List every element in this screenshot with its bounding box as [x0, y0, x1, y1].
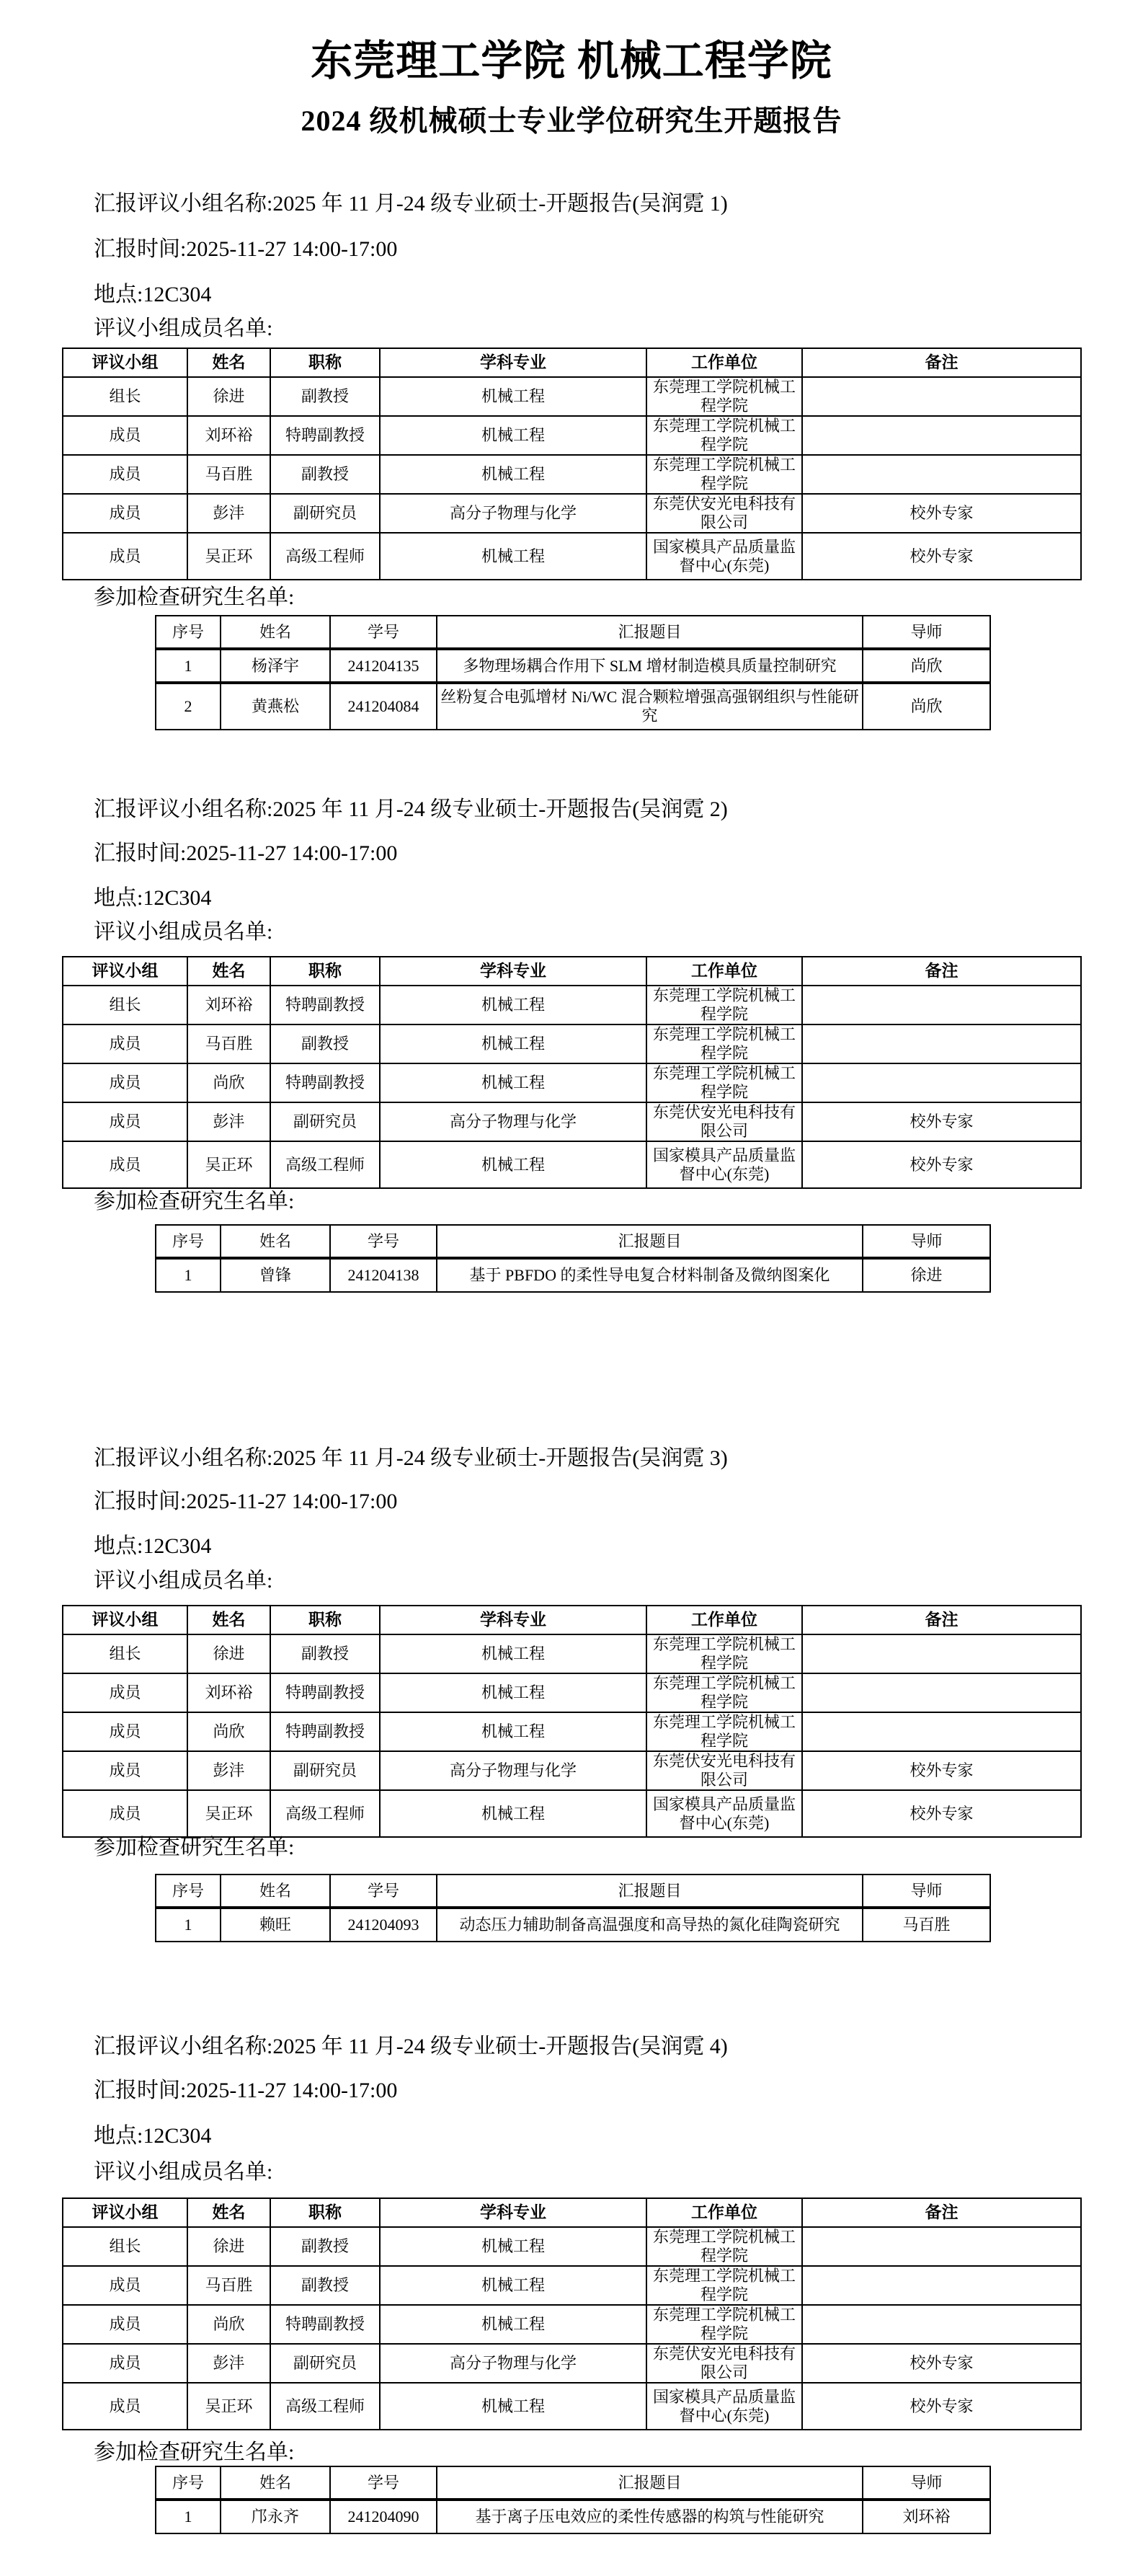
- student-no: 1: [156, 1258, 221, 1292]
- column-header: 姓名: [221, 616, 330, 649]
- member-major: 机械工程: [380, 416, 646, 455]
- column-header: 工作单位: [646, 348, 802, 377]
- member-name: 彭沣: [187, 494, 270, 533]
- member-name: 彭沣: [187, 1751, 270, 1790]
- member-row: 组长徐进副教授机械工程东莞理工学院机械工程学院: [63, 1634, 1081, 1673]
- member-note: 校外专家: [802, 1751, 1081, 1790]
- member-role: 成员: [63, 1712, 187, 1751]
- students-header-row: 序号姓名学号汇报题目导师: [156, 616, 990, 649]
- member-row: 成员尚欣特聘副教授机械工程东莞理工学院机械工程学院: [63, 1712, 1081, 1751]
- member-unit: 东莞理工学院机械工程学院: [646, 416, 802, 455]
- members-table: 评议小组姓名职称学科专业工作单位备注组长徐进副教授机械工程东莞理工学院机械工程学…: [62, 1605, 1082, 1838]
- member-note: [802, 2305, 1081, 2344]
- member-note: 校外专家: [802, 1790, 1081, 1837]
- member-name: 吴正环: [187, 1141, 270, 1188]
- student-row: 1曾锋241204138基于 PBFDO 的柔性导电复合材料制备及微纳图案化徐进: [156, 1258, 990, 1292]
- member-role: 成员: [63, 1751, 187, 1790]
- member-major: 机械工程: [380, 1712, 646, 1751]
- member-note: [802, 1063, 1081, 1102]
- member-major: 机械工程: [380, 2383, 646, 2430]
- member-note: [802, 1024, 1081, 1063]
- student-id: 241204138: [330, 1258, 437, 1292]
- students-header-row: 序号姓名学号汇报题目导师: [156, 1225, 990, 1258]
- student-no: 1: [156, 2500, 221, 2533]
- student-name: 赖旺: [221, 1908, 330, 1942]
- member-role: 成员: [63, 533, 187, 580]
- member-note: 校外专家: [802, 2383, 1081, 2430]
- student-id: 241204093: [330, 1908, 437, 1942]
- member-title: 副研究员: [270, 2344, 380, 2383]
- column-header: 学科专业: [380, 957, 646, 986]
- member-major: 机械工程: [380, 1024, 646, 1063]
- report-location: 地点:12C304: [94, 2123, 211, 2150]
- member-major: 机械工程: [380, 2305, 646, 2344]
- column-header: 序号: [156, 616, 221, 649]
- member-row: 成员吴正环高级工程师机械工程国家模具产品质量监督中心(东莞)校外专家: [63, 1790, 1081, 1837]
- member-note: 校外专家: [802, 1141, 1081, 1188]
- student-no: 2: [156, 683, 221, 730]
- student-row: 1杨泽宇241204135多物理场耦合作用下 SLM 增材制造模具质量控制研究尚…: [156, 649, 990, 683]
- students-list-label: 参加检查研究生名单:: [94, 584, 294, 611]
- column-header: 姓名: [187, 957, 270, 986]
- member-major: 机械工程: [380, 986, 646, 1024]
- member-note: [802, 377, 1081, 416]
- member-title: 副教授: [270, 1634, 380, 1673]
- members-header-row: 评议小组姓名职称学科专业工作单位备注: [63, 348, 1081, 377]
- member-title: 高级工程师: [270, 2383, 380, 2430]
- member-title: 特聘副教授: [270, 1063, 380, 1102]
- member-unit: 东莞理工学院机械工程学院: [646, 1673, 802, 1712]
- member-note: [802, 1634, 1081, 1673]
- column-header: 备注: [802, 2198, 1081, 2227]
- column-header: 导师: [863, 1225, 990, 1258]
- member-note: [802, 2227, 1081, 2266]
- column-header: 姓名: [221, 1875, 330, 1908]
- column-header: 职称: [270, 348, 380, 377]
- members-list-label: 评议小组成员名单:: [94, 2159, 272, 2186]
- column-header: 工作单位: [646, 1606, 802, 1634]
- column-header: 汇报题目: [437, 616, 863, 649]
- member-title: 高级工程师: [270, 1141, 380, 1188]
- member-row: 成员吴正环高级工程师机械工程国家模具产品质量监督中心(东莞)校外专家: [63, 2383, 1081, 2430]
- member-title: 副教授: [270, 1024, 380, 1063]
- member-title: 高级工程师: [270, 1790, 380, 1837]
- member-row: 成员马百胜副教授机械工程东莞理工学院机械工程学院: [63, 455, 1081, 494]
- member-row: 成员马百胜副教授机械工程东莞理工学院机械工程学院: [63, 1024, 1081, 1063]
- student-advisor: 徐进: [863, 1258, 990, 1292]
- member-row: 成员刘环裕特聘副教授机械工程东莞理工学院机械工程学院: [63, 1673, 1081, 1712]
- member-name: 刘环裕: [187, 416, 270, 455]
- student-row: 1赖旺241204093动态压力辅助制备高温强度和高导热的氮化硅陶瓷研究马百胜: [156, 1908, 990, 1942]
- member-major: 机械工程: [380, 1141, 646, 1188]
- member-row: 成员彭沣副研究员高分子物理与化学东莞伏安光电科技有限公司校外专家: [63, 2344, 1081, 2383]
- member-major: 机械工程: [380, 377, 646, 416]
- member-note: [802, 2266, 1081, 2305]
- member-row: 成员吴正环高级工程师机械工程国家模具产品质量监督中心(东莞)校外专家: [63, 533, 1081, 580]
- member-title: 副教授: [270, 2266, 380, 2305]
- members-table: 评议小组姓名职称学科专业工作单位备注组长徐进副教授机械工程东莞理工学院机械工程学…: [62, 348, 1082, 580]
- member-name: 马百胜: [187, 2266, 270, 2305]
- column-header: 评议小组: [63, 2198, 187, 2227]
- member-role: 成员: [63, 416, 187, 455]
- members-header-row: 评议小组姓名职称学科专业工作单位备注: [63, 1606, 1081, 1634]
- member-note: 校外专家: [802, 2344, 1081, 2383]
- students-table: 序号姓名学号汇报题目导师1邝永齐241204090基于离子压电效应的柔性传感器的…: [155, 2466, 991, 2534]
- member-row: 组长徐进副教授机械工程东莞理工学院机械工程学院: [63, 377, 1081, 416]
- member-role: 组长: [63, 2227, 187, 2266]
- member-title: 特聘副教授: [270, 416, 380, 455]
- member-role: 组长: [63, 1634, 187, 1673]
- report-time: 汇报时间:2025-11-27 14:00-17:00: [94, 840, 397, 867]
- member-title: 特聘副教授: [270, 1712, 380, 1751]
- member-major: 高分子物理与化学: [380, 2344, 646, 2383]
- member-unit: 东莞伏安光电科技有限公司: [646, 494, 802, 533]
- members-table: 评议小组姓名职称学科专业工作单位备注组长徐进副教授机械工程东莞理工学院机械工程学…: [62, 2197, 1082, 2430]
- member-role: 成员: [63, 1673, 187, 1712]
- column-header: 评议小组: [63, 957, 187, 986]
- column-header: 姓名: [221, 1225, 330, 1258]
- member-major: 高分子物理与化学: [380, 1102, 646, 1141]
- report-time: 汇报时间:2025-11-27 14:00-17:00: [94, 1488, 397, 1515]
- student-topic: 丝粉复合电弧增材 Ni/WC 混合颗粒增强高强钢组织与性能研究: [437, 683, 863, 730]
- member-name: 徐进: [187, 1634, 270, 1673]
- student-topic: 多物理场耦合作用下 SLM 增材制造模具质量控制研究: [437, 649, 863, 683]
- column-header: 导师: [863, 616, 990, 649]
- column-header: 学科专业: [380, 1606, 646, 1634]
- students-list-label: 参加检查研究生名单:: [94, 2439, 294, 2466]
- member-major: 机械工程: [380, 2266, 646, 2305]
- members-list-label: 评议小组成员名单:: [94, 919, 272, 946]
- member-note: 校外专家: [802, 533, 1081, 580]
- member-name: 马百胜: [187, 1024, 270, 1063]
- document-subtitle: 2024 级机械硕士专业学位研究生开题报告: [0, 102, 1143, 140]
- member-row: 成员彭沣副研究员高分子物理与化学东莞伏安光电科技有限公司校外专家: [63, 1751, 1081, 1790]
- member-note: 校外专家: [802, 494, 1081, 533]
- member-note: [802, 416, 1081, 455]
- member-title: 副研究员: [270, 1102, 380, 1141]
- student-advisor: 刘环裕: [863, 2500, 990, 2533]
- member-unit: 东莞理工学院机械工程学院: [646, 2305, 802, 2344]
- student-name: 黄燕松: [221, 683, 330, 730]
- report-time: 汇报时间:2025-11-27 14:00-17:00: [94, 236, 397, 263]
- member-row: 组长刘环裕特聘副教授机械工程东莞理工学院机械工程学院: [63, 986, 1081, 1024]
- member-row: 成员彭沣副研究员高分子物理与化学东莞伏安光电科技有限公司校外专家: [63, 1102, 1081, 1141]
- member-major: 机械工程: [380, 455, 646, 494]
- student-topic: 基于 PBFDO 的柔性导电复合材料制备及微纳图案化: [437, 1258, 863, 1292]
- member-unit: 国家模具产品质量监督中心(东莞): [646, 533, 802, 580]
- students-table: 序号姓名学号汇报题目导师1赖旺241204093动态压力辅助制备高温强度和高导热…: [155, 1874, 991, 1942]
- member-title: 副教授: [270, 455, 380, 494]
- member-unit: 东莞理工学院机械工程学院: [646, 1063, 802, 1102]
- member-unit: 国家模具产品质量监督中心(东莞): [646, 2383, 802, 2430]
- member-unit: 东莞理工学院机械工程学院: [646, 1634, 802, 1673]
- column-header: 学科专业: [380, 348, 646, 377]
- member-name: 刘环裕: [187, 1673, 270, 1712]
- member-title: 特聘副教授: [270, 2305, 380, 2344]
- students-header-row: 序号姓名学号汇报题目导师: [156, 1875, 990, 1908]
- column-header: 备注: [802, 1606, 1081, 1634]
- student-row: 2黄燕松241204084丝粉复合电弧增材 Ni/WC 混合颗粒增强高强钢组织与…: [156, 683, 990, 730]
- student-no: 1: [156, 649, 221, 683]
- member-unit: 东莞理工学院机械工程学院: [646, 455, 802, 494]
- member-role: 成员: [63, 1024, 187, 1063]
- member-note: [802, 455, 1081, 494]
- member-name: 尚欣: [187, 1063, 270, 1102]
- group-name: 汇报评议小组名称:2025 年 11 月-24 级专业硕士-开题报告(吴润霓 1…: [94, 190, 728, 218]
- member-title: 副研究员: [270, 1751, 380, 1790]
- member-row: 成员马百胜副教授机械工程东莞理工学院机械工程学院: [63, 2266, 1081, 2305]
- member-unit: 东莞伏安光电科技有限公司: [646, 2344, 802, 2383]
- members-table: 评议小组姓名职称学科专业工作单位备注组长刘环裕特聘副教授机械工程东莞理工学院机械…: [62, 956, 1082, 1189]
- students-list-label: 参加检查研究生名单:: [94, 1188, 294, 1216]
- member-name: 吴正环: [187, 2383, 270, 2430]
- members-header-row: 评议小组姓名职称学科专业工作单位备注: [63, 957, 1081, 986]
- member-unit: 东莞理工学院机械工程学院: [646, 1024, 802, 1063]
- students-list-label: 参加检查研究生名单:: [94, 1834, 294, 1862]
- member-major: 机械工程: [380, 1790, 646, 1837]
- member-title: 特聘副教授: [270, 1673, 380, 1712]
- member-unit: 东莞理工学院机械工程学院: [646, 377, 802, 416]
- member-note: [802, 1673, 1081, 1712]
- column-header: 姓名: [187, 1606, 270, 1634]
- member-title: 特聘副教授: [270, 986, 380, 1024]
- column-header: 学号: [330, 1875, 437, 1908]
- column-header: 导师: [863, 1875, 990, 1908]
- member-title: 高级工程师: [270, 533, 380, 580]
- student-name: 邝永齐: [221, 2500, 330, 2533]
- member-role: 组长: [63, 377, 187, 416]
- member-role: 成员: [63, 494, 187, 533]
- report-location: 地点:12C304: [94, 1533, 211, 1560]
- member-role: 成员: [63, 1063, 187, 1102]
- member-major: 机械工程: [380, 1063, 646, 1102]
- student-id: 241204090: [330, 2500, 437, 2533]
- member-row: 成员刘环裕特聘副教授机械工程东莞理工学院机械工程学院: [63, 416, 1081, 455]
- member-unit: 东莞理工学院机械工程学院: [646, 2266, 802, 2305]
- student-topic: 基于离子压电效应的柔性传感器的构筑与性能研究: [437, 2500, 863, 2533]
- member-major: 机械工程: [380, 533, 646, 580]
- member-role: 成员: [63, 1141, 187, 1188]
- member-row: 成员尚欣特聘副教授机械工程东莞理工学院机械工程学院: [63, 2305, 1081, 2344]
- members-list-label: 评议小组成员名单:: [94, 315, 272, 342]
- member-name: 吴正环: [187, 1790, 270, 1837]
- member-row: 成员吴正环高级工程师机械工程国家模具产品质量监督中心(东莞)校外专家: [63, 1141, 1081, 1188]
- member-major: 高分子物理与化学: [380, 494, 646, 533]
- member-major: 机械工程: [380, 1673, 646, 1712]
- member-role: 成员: [63, 2305, 187, 2344]
- member-unit: 国家模具产品质量监督中心(东莞): [646, 1790, 802, 1837]
- student-name: 杨泽宇: [221, 649, 330, 683]
- members-header-row: 评议小组姓名职称学科专业工作单位备注: [63, 2198, 1081, 2227]
- member-title: 副研究员: [270, 494, 380, 533]
- member-name: 徐进: [187, 377, 270, 416]
- column-header: 工作单位: [646, 2198, 802, 2227]
- column-header: 职称: [270, 957, 380, 986]
- member-role: 成员: [63, 2266, 187, 2305]
- member-note: [802, 986, 1081, 1024]
- report-location: 地点:12C304: [94, 885, 211, 912]
- member-name: 彭沣: [187, 1102, 270, 1141]
- student-advisor: 马百胜: [863, 1908, 990, 1942]
- column-header: 姓名: [187, 348, 270, 377]
- student-row: 1邝永齐241204090基于离子压电效应的柔性传感器的构筑与性能研究刘环裕: [156, 2500, 990, 2533]
- member-unit: 东莞伏安光电科技有限公司: [646, 1102, 802, 1141]
- member-row: 成员彭沣副研究员高分子物理与化学东莞伏安光电科技有限公司校外专家: [63, 494, 1081, 533]
- member-unit: 东莞理工学院机械工程学院: [646, 986, 802, 1024]
- column-header: 学号: [330, 1225, 437, 1258]
- member-role: 成员: [63, 2383, 187, 2430]
- column-header: 汇报题目: [437, 1225, 863, 1258]
- group-name: 汇报评议小组名称:2025 年 11 月-24 级专业硕士-开题报告(吴润霓 4…: [94, 2033, 728, 2061]
- member-role: 成员: [63, 1790, 187, 1837]
- member-role: 成员: [63, 1102, 187, 1141]
- member-name: 徐进: [187, 2227, 270, 2266]
- member-note: 校外专家: [802, 1102, 1081, 1141]
- member-role: 成员: [63, 455, 187, 494]
- member-unit: 东莞理工学院机械工程学院: [646, 1712, 802, 1751]
- member-name: 马百胜: [187, 455, 270, 494]
- students-header-row: 序号姓名学号汇报题目导师: [156, 2466, 990, 2500]
- student-advisor: 尚欣: [863, 649, 990, 683]
- member-major: 机械工程: [380, 2227, 646, 2266]
- column-header: 导师: [863, 2466, 990, 2500]
- student-no: 1: [156, 1908, 221, 1942]
- member-row: 成员尚欣特聘副教授机械工程东莞理工学院机械工程学院: [63, 1063, 1081, 1102]
- students-table: 序号姓名学号汇报题目导师1曾锋241204138基于 PBFDO 的柔性导电复合…: [155, 1224, 991, 1293]
- members-list-label: 评议小组成员名单:: [94, 1567, 272, 1595]
- report-location: 地点:12C304: [94, 281, 211, 309]
- student-advisor: 尚欣: [863, 683, 990, 730]
- member-major: 机械工程: [380, 1634, 646, 1673]
- column-header: 姓名: [187, 2198, 270, 2227]
- column-header: 姓名: [221, 2466, 330, 2500]
- students-table: 序号姓名学号汇报题目导师1杨泽宇241204135多物理场耦合作用下 SLM 增…: [155, 615, 991, 730]
- column-header: 序号: [156, 1225, 221, 1258]
- column-header: 工作单位: [646, 957, 802, 986]
- member-title: 副教授: [270, 377, 380, 416]
- column-header: 备注: [802, 348, 1081, 377]
- column-header: 汇报题目: [437, 1875, 863, 1908]
- member-title: 副教授: [270, 2227, 380, 2266]
- column-header: 学号: [330, 2466, 437, 2500]
- column-header: 汇报题目: [437, 2466, 863, 2500]
- column-header: 职称: [270, 1606, 380, 1634]
- column-header: 备注: [802, 957, 1081, 986]
- report-time: 汇报时间:2025-11-27 14:00-17:00: [94, 2077, 397, 2104]
- member-row: 组长徐进副教授机械工程东莞理工学院机械工程学院: [63, 2227, 1081, 2266]
- group-name: 汇报评议小组名称:2025 年 11 月-24 级专业硕士-开题报告(吴润霓 3…: [94, 1445, 728, 1472]
- group-name: 汇报评议小组名称:2025 年 11 月-24 级专业硕士-开题报告(吴润霓 2…: [94, 796, 728, 823]
- column-header: 学科专业: [380, 2198, 646, 2227]
- member-major: 高分子物理与化学: [380, 1751, 646, 1790]
- column-header: 序号: [156, 2466, 221, 2500]
- member-role: 成员: [63, 2344, 187, 2383]
- member-unit: 国家模具产品质量监督中心(东莞): [646, 1141, 802, 1188]
- column-header: 评议小组: [63, 1606, 187, 1634]
- student-id: 241204135: [330, 649, 437, 683]
- member-name: 尚欣: [187, 1712, 270, 1751]
- member-unit: 东莞理工学院机械工程学院: [646, 2227, 802, 2266]
- student-topic: 动态压力辅助制备高温强度和高导热的氮化硅陶瓷研究: [437, 1908, 863, 1942]
- member-name: 彭沣: [187, 2344, 270, 2383]
- member-role: 组长: [63, 986, 187, 1024]
- student-name: 曾锋: [221, 1258, 330, 1292]
- column-header: 评议小组: [63, 348, 187, 377]
- column-header: 职称: [270, 2198, 380, 2227]
- student-id: 241204084: [330, 683, 437, 730]
- member-name: 尚欣: [187, 2305, 270, 2344]
- member-name: 刘环裕: [187, 986, 270, 1024]
- member-unit: 东莞伏安光电科技有限公司: [646, 1751, 802, 1790]
- member-name: 吴正环: [187, 533, 270, 580]
- member-note: [802, 1712, 1081, 1751]
- column-header: 学号: [330, 616, 437, 649]
- institution-title: 东莞理工学院 机械工程学院: [0, 36, 1143, 87]
- column-header: 序号: [156, 1875, 221, 1908]
